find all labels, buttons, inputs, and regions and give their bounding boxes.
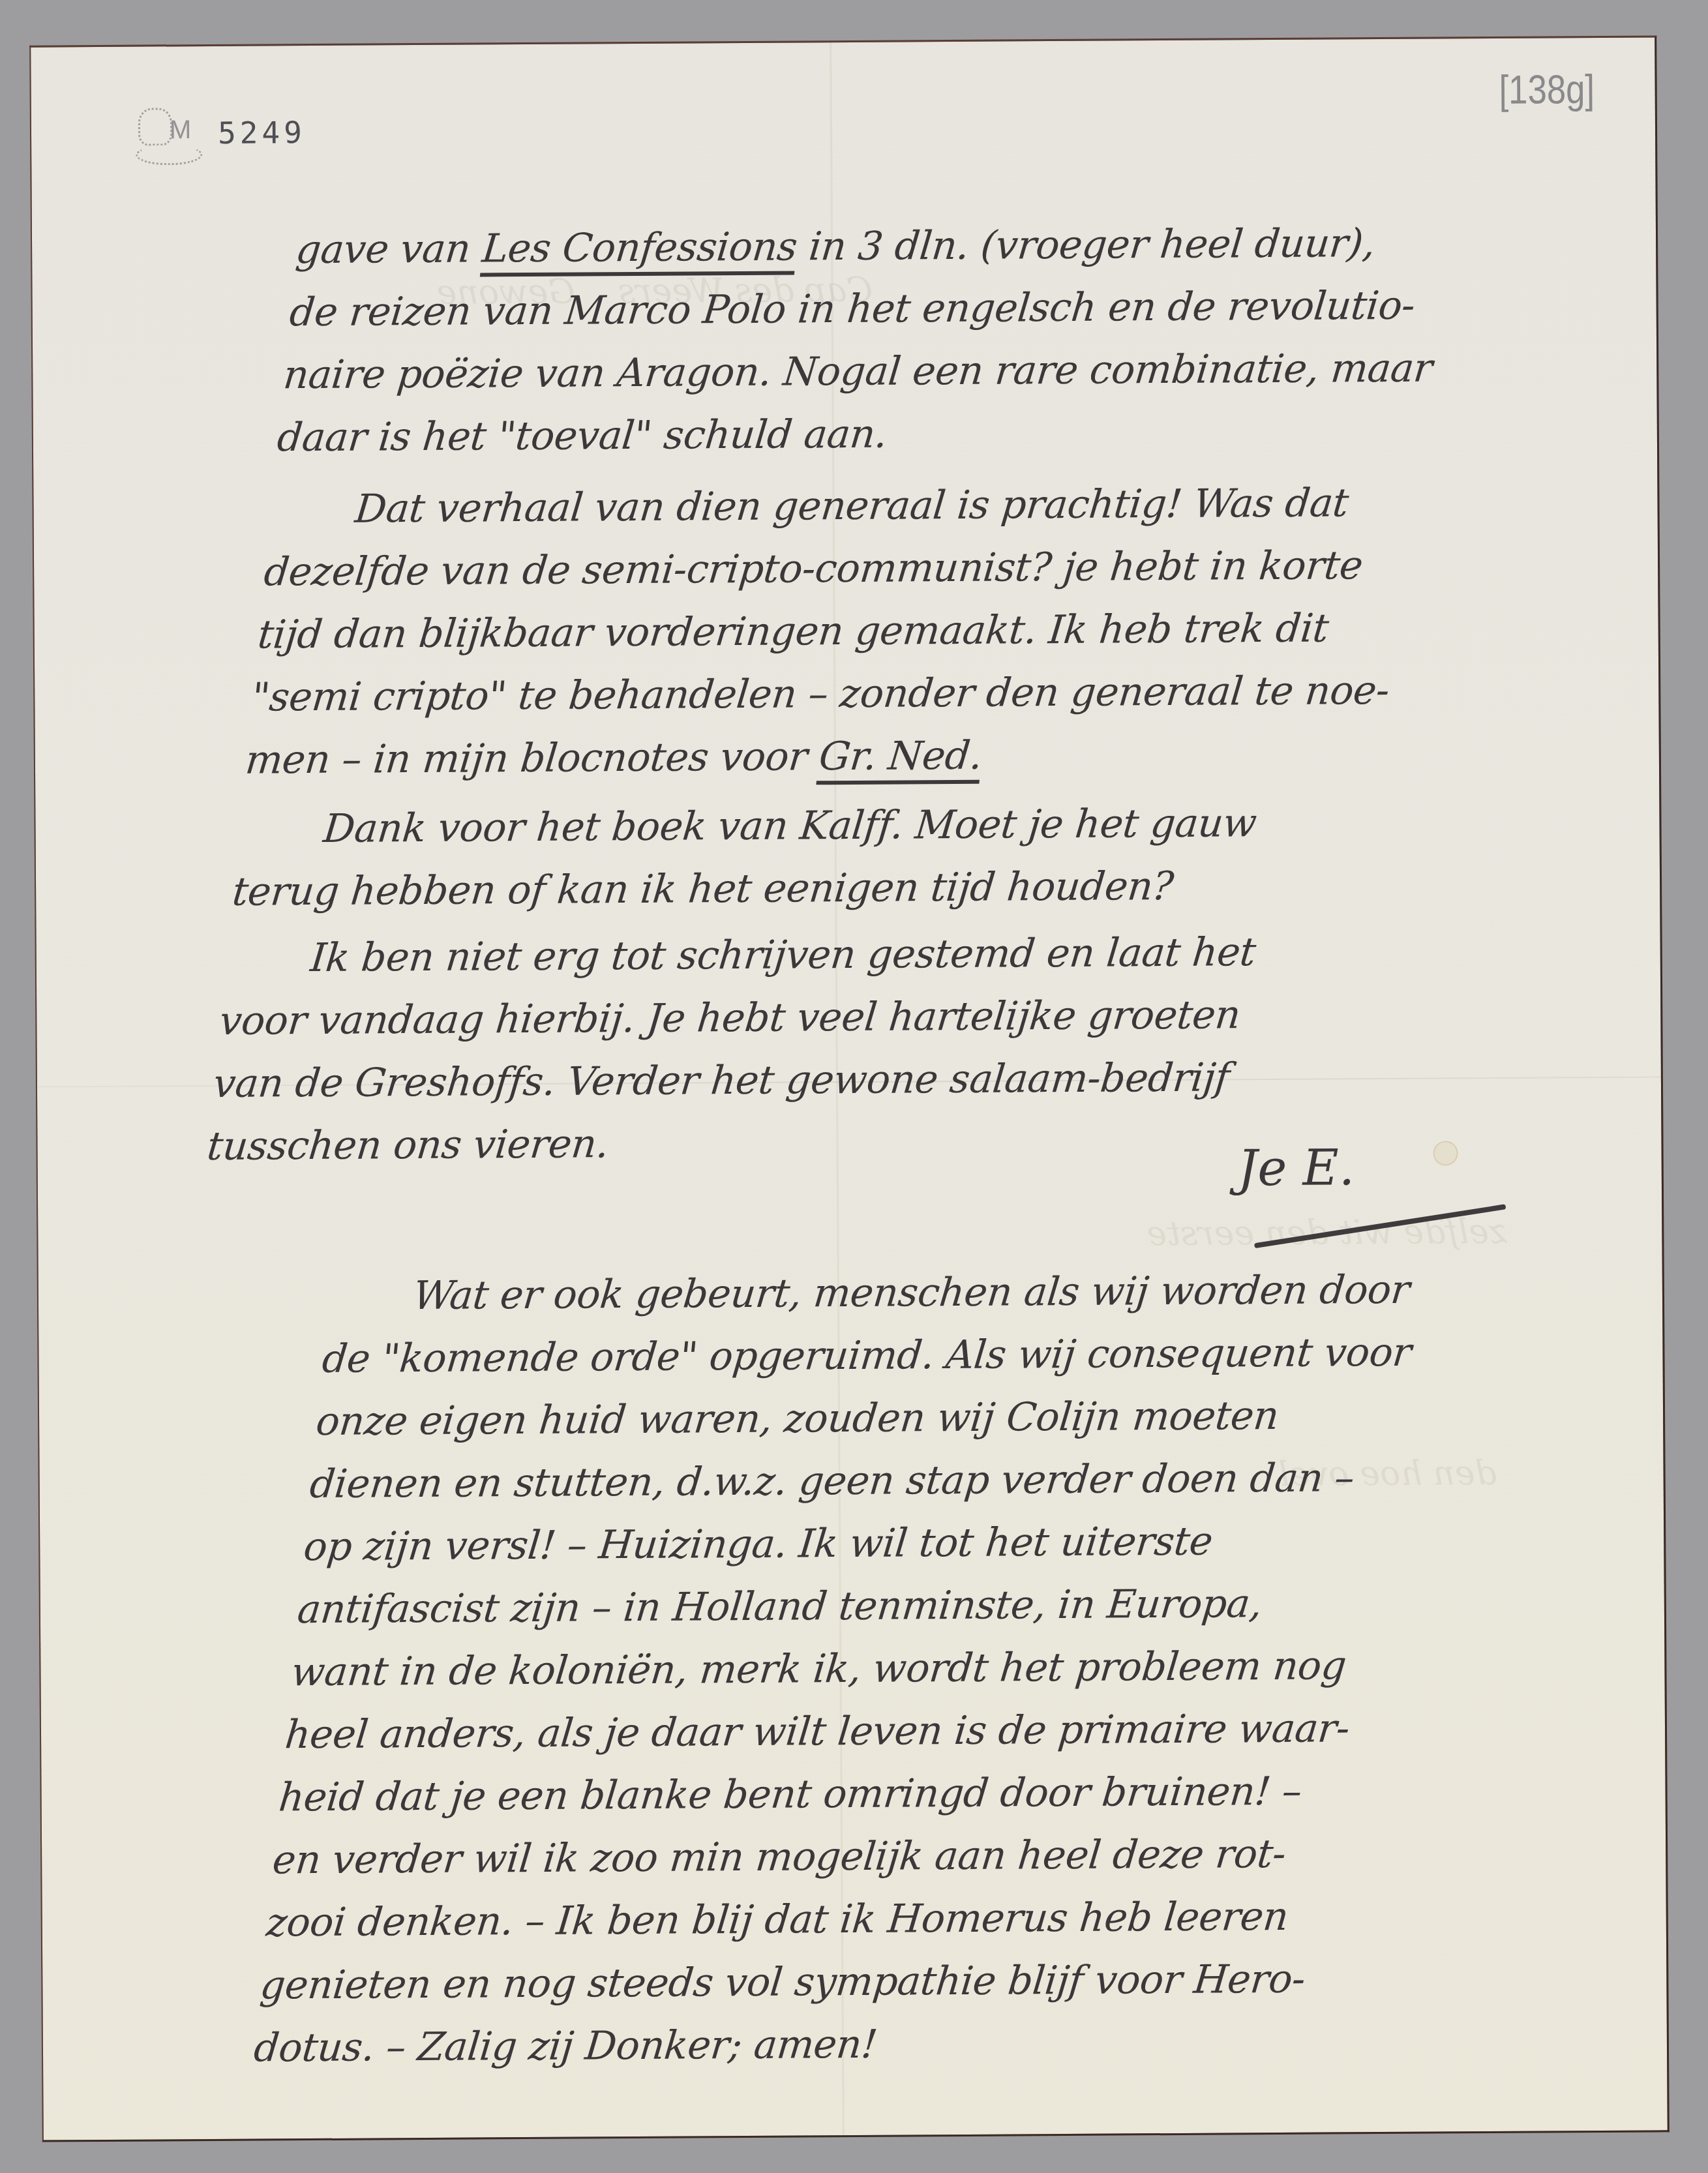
paper-stain xyxy=(1433,1141,1458,1165)
text-line: van de Greshoffs. Verder het gewone sala… xyxy=(211,1045,1365,1115)
paragraph-2: Dat verhaal van dien generaal is prachti… xyxy=(243,472,1422,792)
text-line: Dank voor het boek van Kalff. Moet je he… xyxy=(235,791,1390,861)
postscript: Wat er ook gebeurt, menschen als wij wor… xyxy=(251,1259,1420,2080)
text-line: genieten en nog steeds vol sympathie bli… xyxy=(258,1947,1353,2016)
text-line: Dat verhaal van dien generaal is prachti… xyxy=(267,472,1422,541)
text-line: antifascist zijn – in Holland tenminste,… xyxy=(295,1572,1390,1641)
text-line: de "komende orde" opgeruimd. Als wij con… xyxy=(320,1321,1415,1390)
paragraph-1: gave van Les Confessions in 3 dln. (vroe… xyxy=(275,211,1448,469)
text-line: de reizen van Marco Polo in het engelsch… xyxy=(287,274,1441,344)
text-line: zooi denken. – Ik ben blij dat ik Homeru… xyxy=(263,1885,1358,1954)
text-line: "semi cripto" te behandelen – zonder den… xyxy=(248,659,1403,729)
text-line: onze eigen huid waren, zouden wij Colijn… xyxy=(313,1384,1408,1453)
text-line: en verder wil ik zoo min mogelijk aan he… xyxy=(270,1822,1365,1891)
text-line: daar is het "toeval" schuld aan. xyxy=(275,400,1429,470)
text-line: heel anders, als je daar wilt leven is d… xyxy=(282,1697,1377,1766)
text-line: men – in mijn blocnotes voor Gr. Ned. xyxy=(243,722,1397,792)
text-line: gave van Les Confessions in 3 dln. (vroe… xyxy=(293,211,1447,281)
text-line: want in de koloniën, merk ik, wordt het … xyxy=(288,1634,1383,1703)
letter-body: gave van Les Confessions in 3 dln. (vroe… xyxy=(204,211,1447,1178)
paragraph-3: Dank voor het boek van Kalff. Moet je he… xyxy=(230,791,1390,923)
text-line: naire poëzie van Aragon. Nogal een rare … xyxy=(280,337,1435,406)
signature: Je E. xyxy=(1237,1138,1355,1197)
underlined-title: Les Confessions xyxy=(479,224,799,277)
text-line: tijd dan blijkbaar vorderingen gemaakt. … xyxy=(255,597,1409,667)
lion-stamp-icon: M xyxy=(136,104,202,163)
text-line: dezelfde van de semi-cripto-communist? j… xyxy=(261,534,1415,604)
text-line: heid dat je een blanke bent omringd door… xyxy=(276,1760,1371,1829)
underlined-title: Gr. Ned. xyxy=(817,733,984,785)
text-line: Ik ben niet erg tot schrijven gestemd en… xyxy=(223,920,1377,990)
text-line: dienen en stutten, d.w.z. geen stap verd… xyxy=(307,1446,1402,1516)
text-line: terug hebben of kan ik het eenigen tijd … xyxy=(230,854,1384,923)
text-line: dotus. – Zalig zij Donker; amen! xyxy=(251,2010,1346,2079)
pencil-annotation: [138g] xyxy=(1499,67,1595,113)
text-line: voor vandaag hierbij. Je hebt veel harte… xyxy=(217,983,1371,1053)
archive-stamp: M 5249 xyxy=(136,103,306,163)
letter-page: M 5249 [138g] Cap des Weers Gewone zelfd… xyxy=(29,35,1670,2142)
archive-number: 5249 xyxy=(218,115,306,151)
text-line: tusschen ons vieren. xyxy=(204,1108,1358,1178)
text-line: op zijn versl! – Huizinga. Ik wil tot he… xyxy=(301,1509,1396,1578)
text-line: Wat er ook gebeurt, menschen als wij wor… xyxy=(325,1259,1420,1328)
paragraph-4: Ik ben niet erg tot schrijven gestemd en… xyxy=(204,920,1377,1178)
